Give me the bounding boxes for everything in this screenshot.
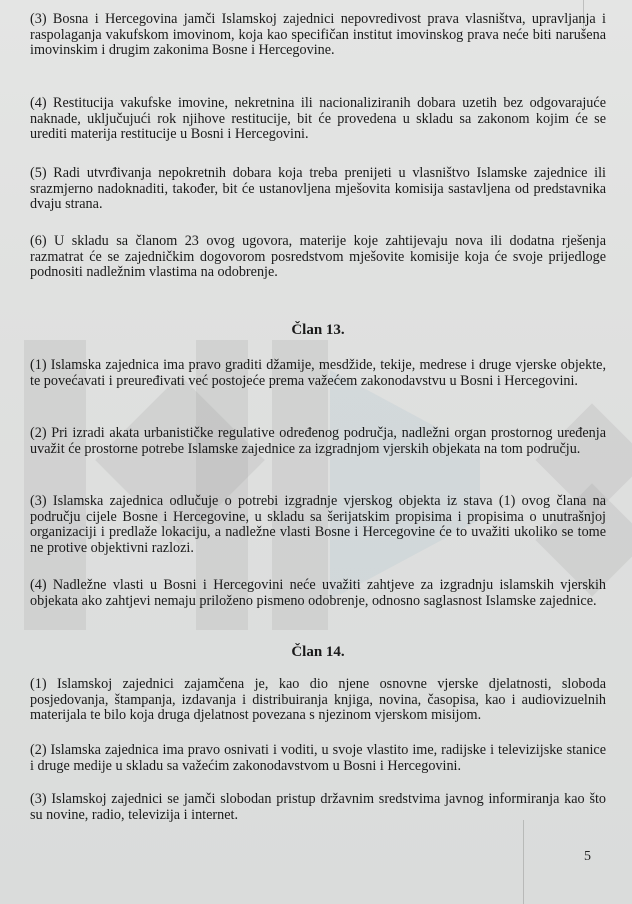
watermark-arrow: [330, 370, 480, 600]
article12-paragraph-6: (6) U skladu sa članom 23 ovog ugovora, …: [30, 234, 606, 281]
article14-paragraph-2: (2) Islamska zajednica ima pravo osnivat…: [30, 743, 606, 774]
document-page: (3) Bosna i Hercegovina jamči Islamskoj …: [0, 0, 632, 904]
article13-paragraph-4: (4) Nadležne vlasti u Bosni i Hercegovin…: [30, 578, 606, 609]
article13-paragraph-2: (2) Pri izradi akata urbanističke regula…: [30, 426, 606, 457]
article14-heading: Član 14.: [30, 645, 606, 661]
article14-paragraph-3: (3) Islamskoj zajednici se jamči sloboda…: [30, 792, 606, 823]
article14-paragraph-1: (1) Islamskoj zajednici zajamčena je, ka…: [30, 677, 606, 724]
article12-paragraph-5: (5) Radi utvrđivanja nepokretnih dobara …: [30, 166, 606, 213]
article12-paragraph-3: (3) Bosna i Hercegovina jamči Islamskoj …: [30, 12, 606, 59]
page-number: 5: [584, 849, 591, 865]
article13-paragraph-1: (1) Islamska zajednica ima pravo graditi…: [30, 358, 606, 389]
article13-heading: Član 13.: [30, 323, 606, 339]
scan-crease: [523, 820, 524, 904]
article13-paragraph-3: (3) Islamska zajednica odlučuje o potreb…: [30, 494, 606, 556]
article12-paragraph-4: (4) Restitucija vakufske imovine, nekret…: [30, 96, 606, 143]
